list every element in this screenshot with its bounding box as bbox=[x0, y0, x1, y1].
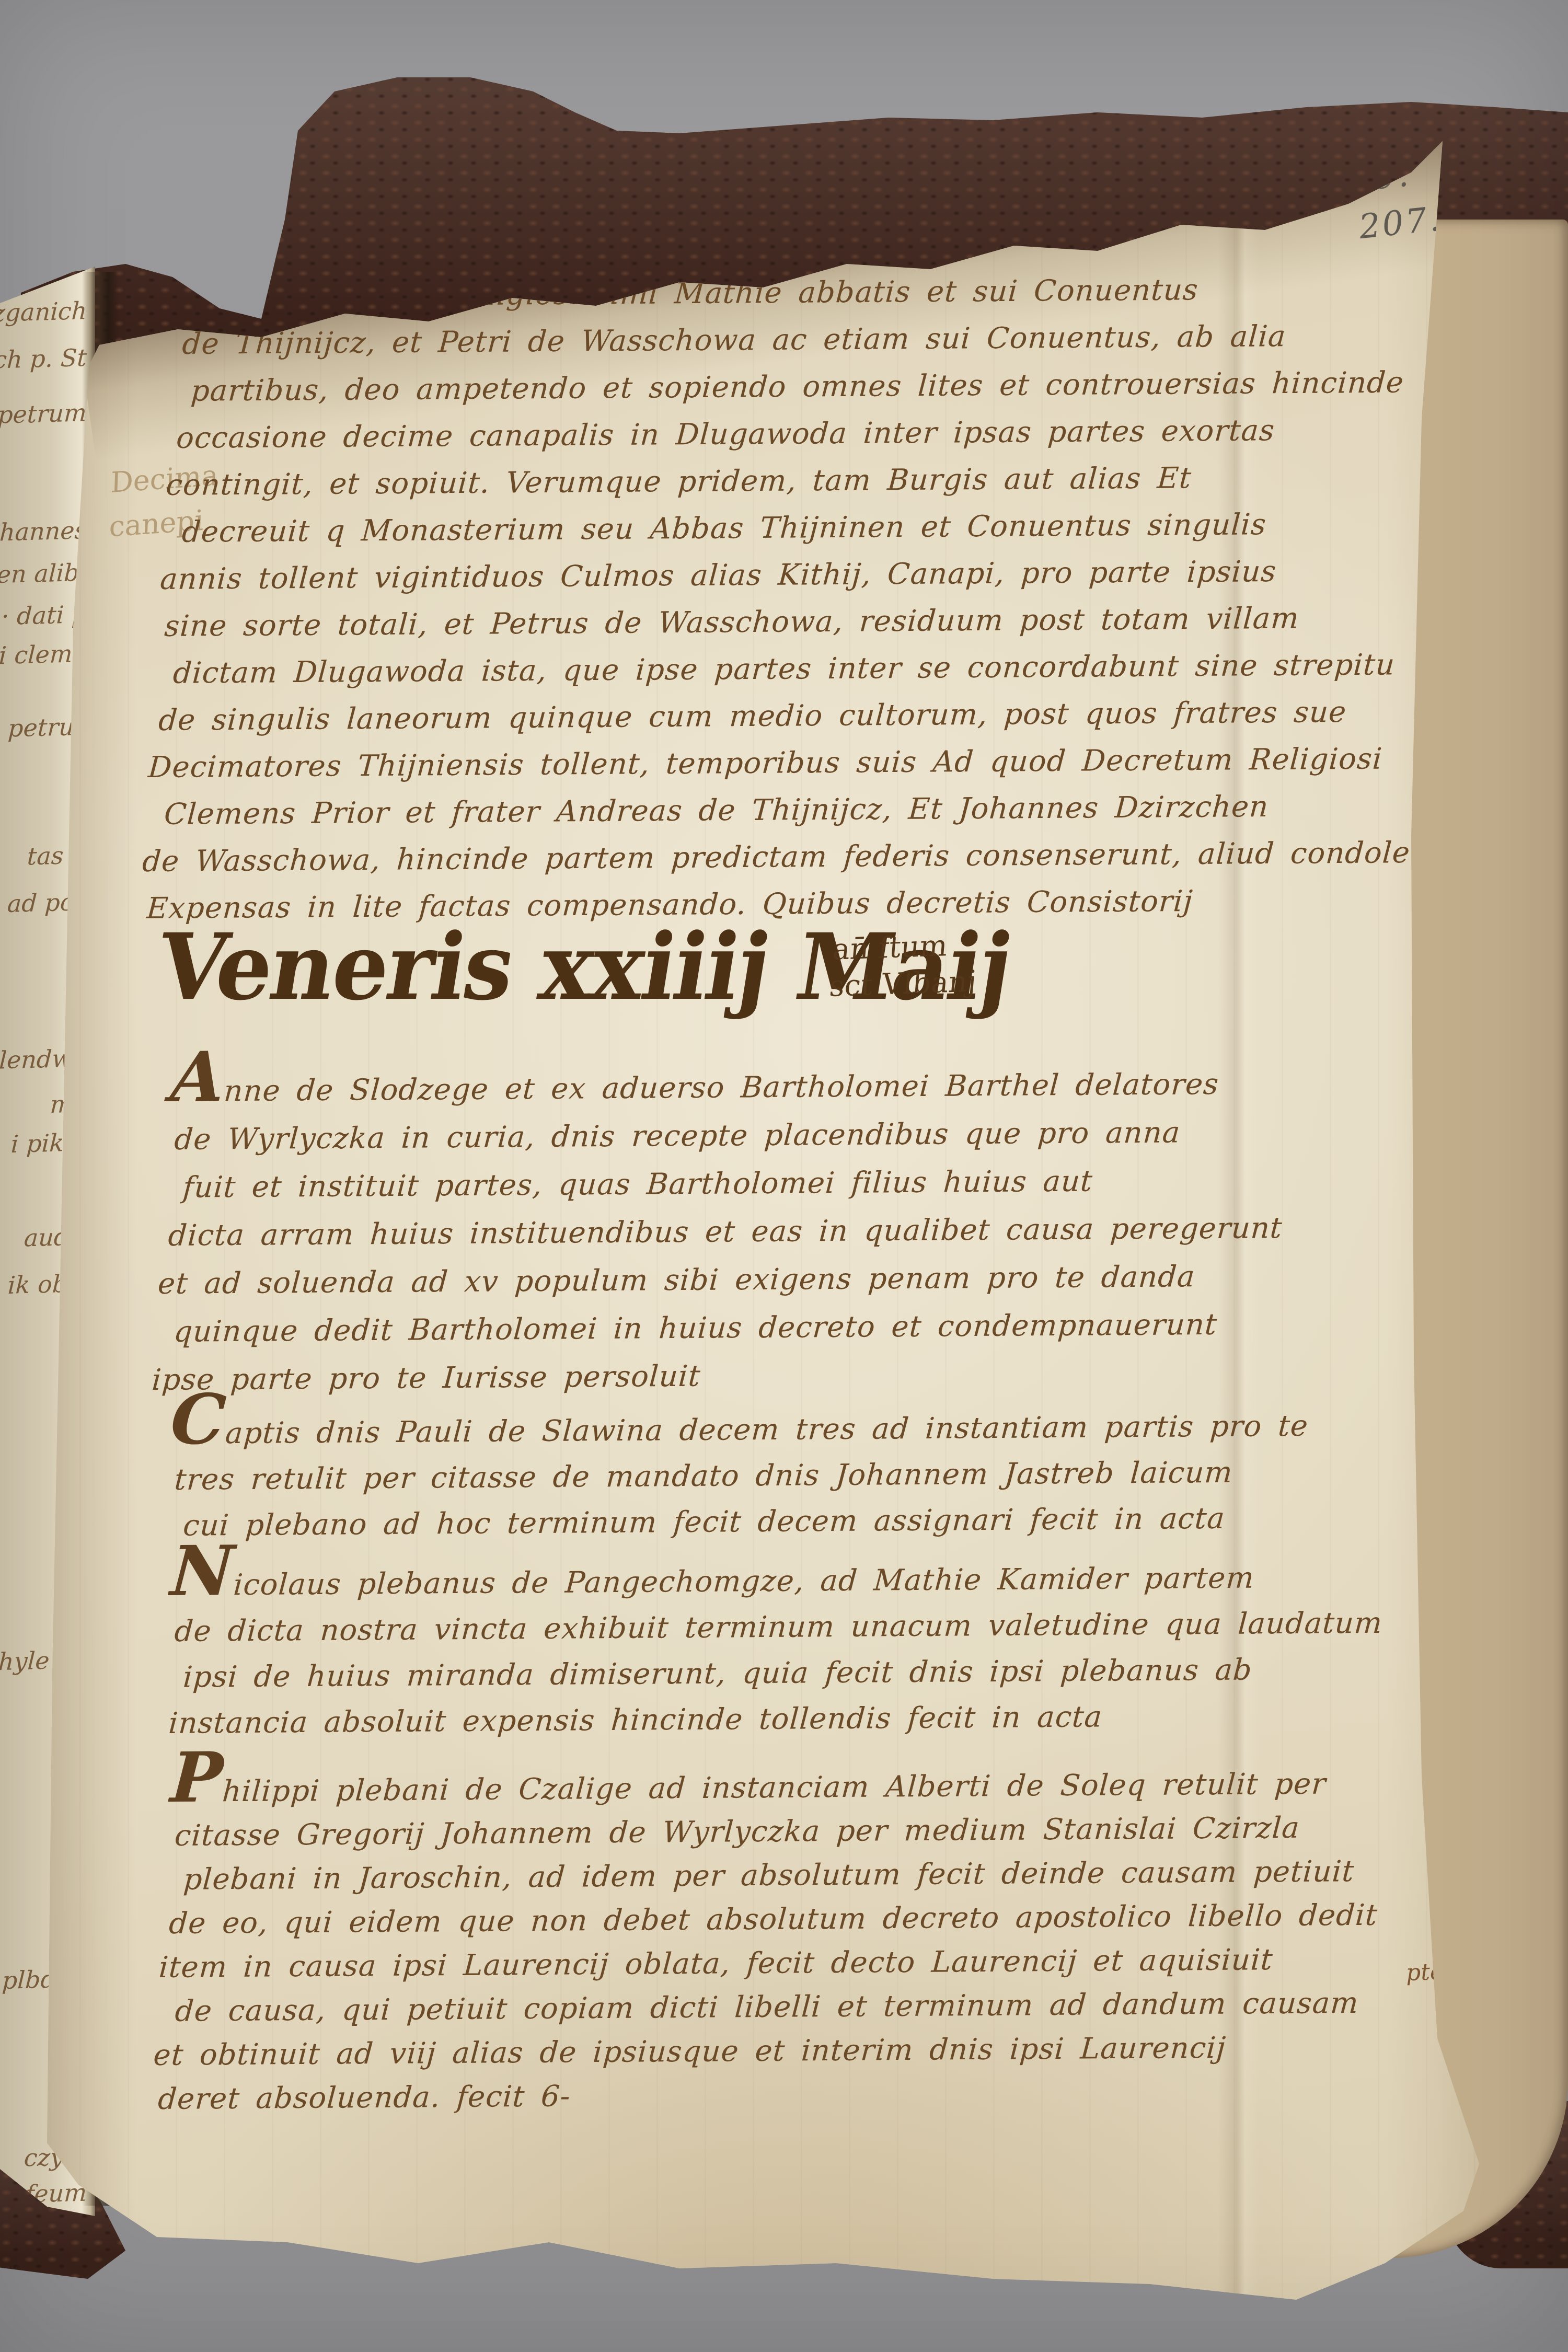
record-paragraph-1: Venerabilis et Religiosissimi Mathie abb… bbox=[138, 249, 1505, 932]
manuscript-line: annis tollent vigintiduos Culmos alias K… bbox=[159, 547, 1486, 603]
record-paragraph-3: Captis dnis Pauli de Slawina decem tres … bbox=[163, 1388, 1310, 1549]
manuscript-line: Philippi plebani de Czalige ad instancia… bbox=[169, 1745, 1388, 1814]
manuscript-line: de Thijnijcz, et Petri de Wasschowa ac e… bbox=[181, 312, 1501, 368]
manuscript-line: Clemens Prior et frater Andreas de Thijn… bbox=[163, 782, 1471, 838]
manuscript-line: de Wasschowa, hincinde partem predictam … bbox=[141, 829, 1468, 885]
record-paragraph-4: Nicolaus plebanus de Pangechomgze, ad Ma… bbox=[160, 1539, 1388, 1747]
facing-page-text-fragment: i petrum bbox=[0, 398, 87, 429]
manuscript-line: occasione decime canapalis in Dlugawoda … bbox=[175, 406, 1495, 462]
manuscript-line: Captis dnis Pauli de Slawina decem tres … bbox=[169, 1388, 1311, 1457]
photo-backdrop: uzganichnoch p. Sti petrumJohannesen ali… bbox=[0, 0, 1568, 2352]
facing-page-text-fragment: noch p. St bbox=[0, 343, 87, 375]
feast-note-line: sct Vlbanj bbox=[828, 963, 978, 1005]
manuscript-line: fuit et instituit partes, quas Bartholom… bbox=[181, 1156, 1287, 1212]
manuscript-line: tres retulit per citasse de mandato dnis… bbox=[173, 1449, 1307, 1503]
manuscript-page: 411. 409. 207. Vener 2p xvij Maij acten … bbox=[31, 131, 1537, 2315]
manuscript-line: Decimatores Thijniensis tollent, tempori… bbox=[147, 735, 1474, 791]
manuscript-line: et obtinuit ad viij alias de ipsiusque e… bbox=[152, 2025, 1370, 2078]
manuscript-line: deret absoluenda. fecit 6- bbox=[157, 2069, 1368, 2122]
manuscript-line: Anne de Slodzege et ex aduerso Bartholom… bbox=[168, 1045, 1294, 1116]
manuscript-line: et ad soluenda ad xv populum sibi exigen… bbox=[156, 1252, 1281, 1308]
facing-page-text-fragment: en alibi bbox=[0, 558, 87, 589]
manuscript-line: plebani in Jaroschin, ad idem per absolu… bbox=[182, 1850, 1381, 1902]
manuscript-line: sine sorte totali, et Petrus de Wasschow… bbox=[163, 594, 1483, 650]
manuscript-line: contingit, et sopiuit. Verumque pridem, … bbox=[165, 453, 1492, 509]
manuscript-line: decreuit q Monasterium seu Abbas Thijnin… bbox=[180, 500, 1489, 556]
manuscript-line: item in causa ipsi Laurencij oblata, fec… bbox=[158, 1938, 1376, 1990]
manuscript-line: quinque dedit Bartholomei in huius decre… bbox=[172, 1300, 1278, 1356]
manuscript-line: de causa, qui petiuit copiam dicti libel… bbox=[174, 1981, 1373, 2034]
manuscript-line: de dicta nostra vincta exhibuit terminum… bbox=[173, 1600, 1384, 1655]
facing-page-text-fragment: uzganich bbox=[0, 296, 87, 328]
manuscript-line: dicta arram huius instituendibus et eas … bbox=[167, 1204, 1284, 1260]
manuscript-line: de singulis laneorum quinque cum medio c… bbox=[157, 688, 1477, 744]
manuscript-line: dictam Dlugawoda ista, que ipse partes i… bbox=[171, 641, 1480, 697]
manuscript-line: instancia absoluit expensis hincinde tol… bbox=[167, 1692, 1378, 1747]
section-heading-feast-note: an̄ ftum sct Vlbanj bbox=[828, 927, 982, 1005]
manuscript-line: ipsi de huius miranda dimiserunt, quia f… bbox=[182, 1646, 1381, 1701]
manuscript-line: de Wyrlyczka in curia, dnis recepte plac… bbox=[173, 1108, 1290, 1164]
feast-note-line: an̄ ftum bbox=[831, 927, 981, 969]
manuscript-line: Nicolaus plebanus de Pangechomgze, ad Ma… bbox=[169, 1539, 1388, 1609]
facing-page-text-fragment: Johannes bbox=[0, 516, 87, 547]
record-paragraph-5: Philippi plebani de Czalige ad instancia… bbox=[149, 1745, 1388, 2122]
manuscript-line: citasse Gregorij Johannem de Wyrlyczka p… bbox=[173, 1806, 1384, 1858]
manuscript-line: de eo, qui eidem que non debet absolutum… bbox=[168, 1894, 1379, 1946]
manuscript-line: partibus, deo ampetendo et sopiendo omne… bbox=[189, 359, 1497, 414]
record-paragraph-2: Anne de Slodzege et ex aduerso Bartholom… bbox=[151, 1045, 1294, 1404]
